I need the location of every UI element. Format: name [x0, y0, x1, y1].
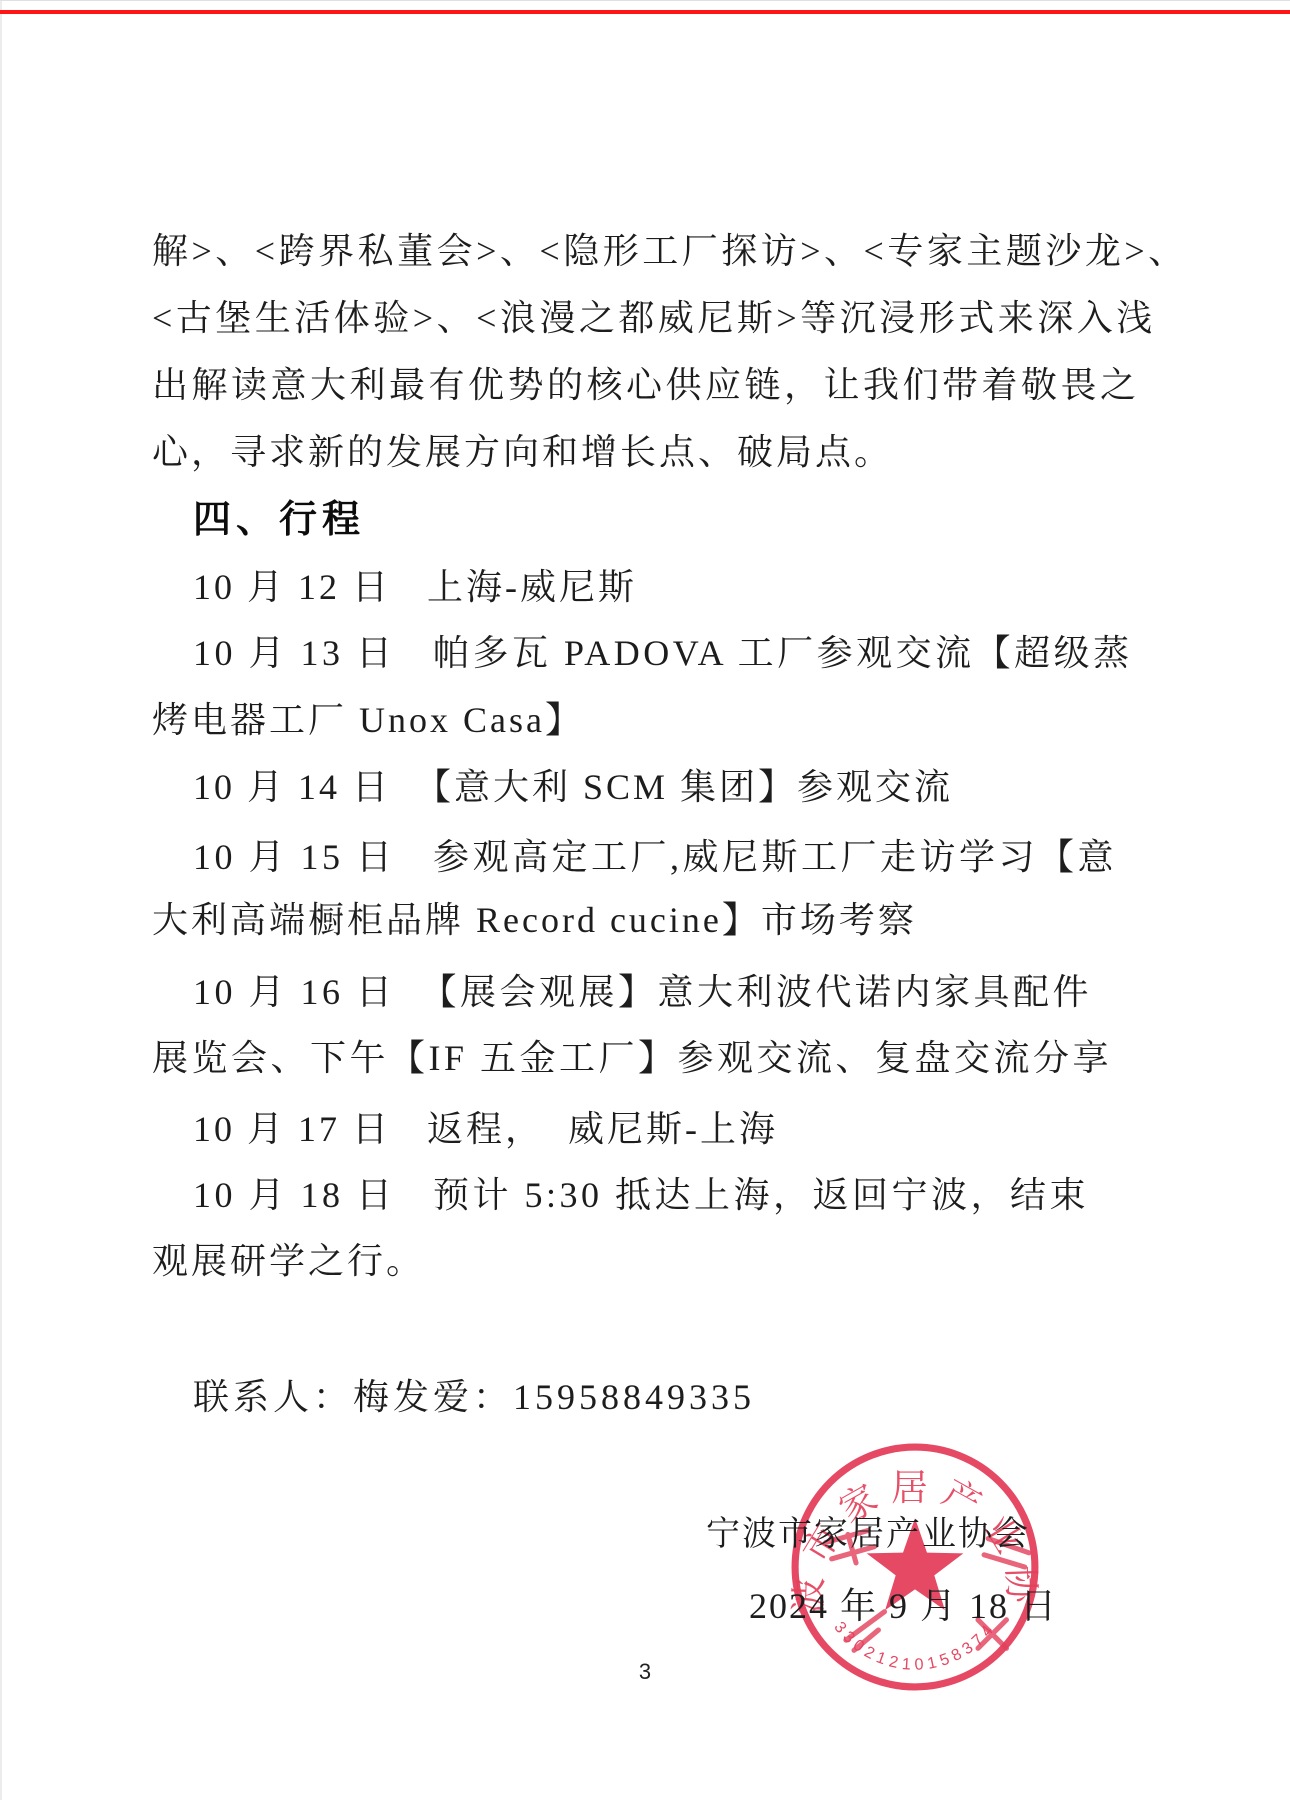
schedule-line: 10 月 12 日 上海-威尼斯 — [193, 565, 637, 610]
schedule-line: 10 月 15 日 参观高定工厂,威尼斯工厂走访学习【意 — [193, 835, 1117, 880]
contact-line: 联系人：梅发爱：15958849335 — [193, 1375, 755, 1420]
body-line: <古堡生活体验>、<浪漫之都威尼斯>等沉浸形式来深入浅 — [152, 296, 1156, 341]
top-red-rule — [0, 10, 1290, 14]
schedule-line: 大利高端橱柜品牌 Record cucine】市场考察 — [152, 898, 917, 943]
body-line: 心，寻求新的发展方向和增长点、破局点。 — [152, 430, 893, 475]
body-line: 出解读意大利最有优势的核心供应链，让我们带着敬畏之 — [152, 363, 1140, 408]
schedule-line: 观展研学之行。 — [152, 1239, 425, 1284]
page-number: 3 — [0, 1659, 1290, 1685]
schedule-line: 10 月 16 日 【展会观展】意大利波代诺内家具配件 — [193, 970, 1092, 1015]
official-seal: 宁波市家居产业协会 33021210158374 — [789, 1441, 1041, 1693]
schedule-line: 10 月 13 日 帕多瓦 PADOVA 工厂参观交流【超级蒸 — [193, 631, 1133, 676]
signature-org: 宁波市家居产业协会 — [706, 1514, 1030, 1557]
document-page: 解>、<跨界私董会>、<隐形工厂探访>、<专家主题沙龙>、 <古堡生活体验>、<… — [0, 0, 1290, 1800]
body-line: 解>、<跨界私董会>、<隐形工厂探访>、<专家主题沙龙>、 — [152, 229, 1188, 274]
schedule-line: 10 月 17 日 返程， 威尼斯-上海 — [193, 1107, 778, 1152]
schedule-line: 10 月 14 日 【意大利 SCM 集团】参观交流 — [193, 765, 953, 810]
schedule-line: 展览会、下午【IF 五金工厂】参观交流、复盘交流分享 — [152, 1036, 1112, 1081]
schedule-line: 10 月 18 日 预计 5:30 抵达上海，返回宁波，结束 — [193, 1173, 1089, 1218]
section-heading: 四、行程 — [193, 497, 365, 545]
signature-date: 2024 年 9 月 18 日 — [749, 1584, 1058, 1629]
schedule-line: 烤电器工厂 Unox Casa】 — [152, 698, 584, 743]
